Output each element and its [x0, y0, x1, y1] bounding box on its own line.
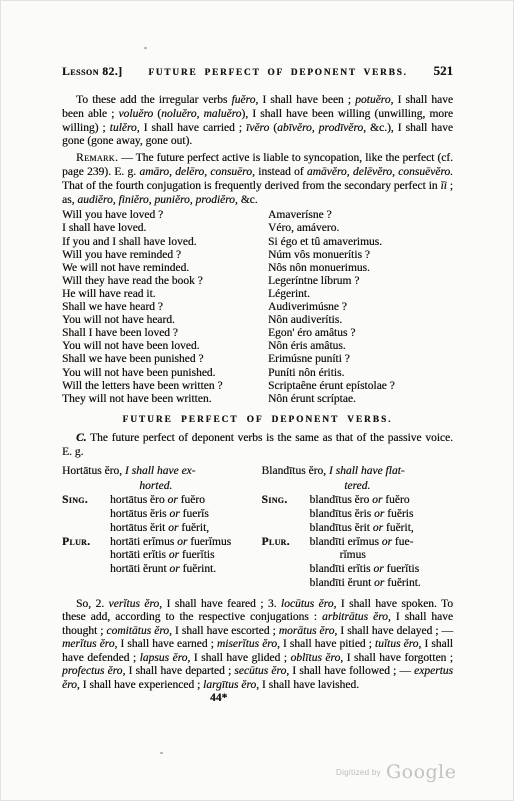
- paradigm-row: Sing. hortātus ĕro or fuĕro: [62, 494, 250, 508]
- verb-forms: hortāti erĭtis or fuerĭtis: [110, 549, 250, 563]
- paradigm-row: hortāti ĕrunt or fuĕrint.: [62, 563, 250, 577]
- drill-english: You will not have been loved.: [62, 340, 268, 353]
- number-label: Plur.: [62, 536, 110, 550]
- drill-english: Will you have reminded ?: [62, 249, 268, 262]
- drill-row: Shall we have been punished ? Erimúsne p…: [62, 353, 453, 366]
- scan-speck: [160, 752, 163, 754]
- drill-latin: Nôn érunt scríptae.: [268, 393, 453, 406]
- drill-latin: Véro, amávero.: [268, 222, 453, 235]
- drill-latin: Egon' éro amâtus ?: [268, 327, 453, 340]
- running-head: Lesson 82.] FUTURE PERFECT OF DEPONENT V…: [62, 64, 453, 80]
- number-label: [62, 508, 110, 522]
- drill-english: You will not have heard.: [62, 314, 268, 327]
- page-content: Lesson 82.] FUTURE PERFECT OF DEPONENT V…: [62, 64, 453, 705]
- paragraph-irregular-verbs: To these add the irregular verbs fuĕro, …: [62, 94, 453, 149]
- google-logo: Google: [386, 761, 457, 783]
- paradigm-column-blanditus: Blandītus ĕro, I shall have flat- tered.…: [258, 464, 454, 590]
- number-label: Sing.: [62, 494, 110, 508]
- paradigm-header-line: Blandītus ĕro, I shall have flat-: [262, 464, 454, 478]
- paradigm-row: hortāti erĭtis or fuerĭtis: [62, 549, 250, 563]
- verb-forms: blandītus ĕrit or fuĕrit,: [310, 522, 454, 536]
- drill-latin: Nôn éris amâtus.: [268, 340, 453, 353]
- number-label: [262, 549, 310, 563]
- verb-forms: hortāti ĕrunt or fuĕrint.: [110, 563, 250, 577]
- drill-row: Will the letters have been written ? Scr…: [62, 380, 453, 393]
- drill-latin: Nôn audiverítis.: [268, 314, 453, 327]
- paradigm-row: blandītus ĕris or fuĕris: [262, 508, 454, 522]
- digitized-by-google-watermark: Digitized by Google: [336, 761, 457, 783]
- drill-row: Shall we have heard ? Audiverimúsne ?: [62, 301, 453, 314]
- verb-forms: blandīti erĭmus or fue-: [310, 536, 454, 550]
- lesson-number: Lesson 82.]: [62, 65, 122, 79]
- drill-latin: Núm vôs monuerítis ?: [268, 249, 453, 262]
- drill-english: Shall we have been punished ?: [62, 353, 268, 366]
- verb-forms: hortātus ĕrit or fuĕrit,: [110, 522, 250, 536]
- drill-english: Shall we have heard ?: [62, 301, 268, 314]
- verb-forms: blandītus ĕro or fuĕro: [310, 494, 454, 508]
- drill-latin: Nôs nôn monuerimus.: [268, 262, 453, 275]
- verb-forms: blandīti ĕrunt or fuĕrint.: [310, 577, 454, 591]
- drill-english: Shall I have been loved ?: [62, 327, 268, 340]
- number-label: [262, 577, 310, 591]
- running-title: FUTURE PERFECT OF DEPONENT VERBS.: [148, 66, 407, 80]
- paradigm-row: blandīti ĕrunt or fuĕrint.: [262, 577, 454, 591]
- paradigm-header-line: tered.: [262, 479, 454, 493]
- drill-english: I shall have loved.: [62, 222, 268, 235]
- drill-latin: Audiverimúsne ?: [268, 301, 453, 314]
- paradigm-row: hortātus ĕrit or fuĕrit,: [62, 522, 250, 536]
- paragraph-c: C. The future perfect of deponent verbs …: [62, 432, 453, 460]
- drill-row: They will not have been written. Nôn éru…: [62, 393, 453, 406]
- drill-english: We will not have reminded.: [62, 262, 268, 275]
- paragraph-remark: Remark. — The future perfect active is l…: [62, 152, 453, 207]
- number-label: [262, 508, 310, 522]
- drill-latin: Legeríntne líbrum ?: [268, 275, 453, 288]
- drill-row: He will have read it. Légerint.: [62, 288, 453, 301]
- drill-english: If you and I shall have loved.: [62, 236, 268, 249]
- paradigm-table: Hortātus ĕro, I shall have ex- horted. S…: [62, 464, 453, 590]
- paradigm-row: Plur. hortāti erĭmus or fuerĭmus: [62, 536, 250, 550]
- paradigm-column-hortatus: Hortātus ĕro, I shall have ex- horted. S…: [62, 464, 258, 590]
- paradigm-row: Plur. blandīti erĭmus or fue-: [262, 536, 454, 550]
- drill-row: Shall I have been loved ? Egon' éro amât…: [62, 327, 453, 340]
- paradigm-row: Sing. blandītus ĕro or fuĕro: [262, 494, 454, 508]
- drill-row: I shall have loved. Véro, amávero.: [62, 222, 453, 235]
- drill-latin: Légerint.: [268, 288, 453, 301]
- drill-latin: Scriptaêne érunt epístolae ?: [268, 380, 453, 393]
- drill-latin: Puníti nôn éritis.: [268, 367, 453, 380]
- section-heading: FUTURE PERFECT OF DEPONENT VERBS.: [62, 414, 453, 427]
- paradigm-row: rĭmus: [262, 549, 454, 563]
- verb-forms: blandītus ĕris or fuĕris: [310, 508, 454, 522]
- book-page-scan: Lesson 82.] FUTURE PERFECT OF DEPONENT V…: [0, 0, 514, 801]
- verb-forms: hortātus ĕris or fuerĭs: [110, 508, 250, 522]
- verb-forms: hortāti erĭmus or fuerĭmus: [110, 536, 250, 550]
- drill-english: Will the letters have been written ?: [62, 380, 268, 393]
- drill-latin: Erimúsne puníti ?: [268, 353, 453, 366]
- drill-row: Will you have loved ? Amaverísne ?: [62, 209, 453, 222]
- drill-english: Will they have read the book ?: [62, 275, 268, 288]
- number-label: [262, 563, 310, 577]
- drill-english: They will not have been written.: [62, 393, 268, 406]
- drill-latin: Si égo et tû amaverimus.: [268, 236, 453, 249]
- drill-row: You will not have heard. Nôn audiverítis…: [62, 314, 453, 327]
- paradigm-header: Hortātus ĕro, I shall have ex- horted.: [62, 464, 250, 493]
- drill-row: You will not have been loved. Nôn éris a…: [62, 340, 453, 353]
- drill-english: You will not have been punished.: [62, 367, 268, 380]
- drill-row: Will you have reminded ? Núm vôs monuerí…: [62, 249, 453, 262]
- number-label: [62, 522, 110, 536]
- paradigm-header-line: Hortātus ĕro, I shall have ex-: [62, 464, 250, 478]
- paradigm-row: hortātus ĕris or fuerĭs: [62, 508, 250, 522]
- drill-row: Will they have read the book ? Legeríntn…: [62, 275, 453, 288]
- drill-english: He will have read it.: [62, 288, 268, 301]
- drill-latin: Amaverísne ?: [268, 209, 453, 222]
- drill-list: Will you have loved ? Amaverísne ? I sha…: [62, 209, 453, 405]
- verb-forms: hortātus ĕro or fuĕro: [110, 494, 250, 508]
- scan-speck: [144, 47, 147, 49]
- paradigm-row: blandīti erĭtis or fuerĭtis: [262, 563, 454, 577]
- verb-forms: blandīti erĭtis or fuerĭtis: [310, 563, 454, 577]
- number-label: Sing.: [262, 494, 310, 508]
- drill-row: We will not have reminded. Nôs nôn monue…: [62, 262, 453, 275]
- paragraph-so-list: So, 2. verĭtus ĕro, I shall have feared …: [62, 598, 453, 693]
- drill-row: If you and I shall have loved. Si égo et…: [62, 236, 453, 249]
- paradigm-row: blandītus ĕrit or fuĕrit,: [262, 522, 454, 536]
- number-label: [62, 563, 110, 577]
- verb-forms: rĭmus: [310, 549, 454, 563]
- drill-row: You will not have been punished. Puníti …: [62, 367, 453, 380]
- paradigm-header-line: horted.: [62, 479, 250, 493]
- page-number: 521: [434, 64, 454, 78]
- number-label: [262, 522, 310, 536]
- drill-english: Will you have loved ?: [62, 209, 268, 222]
- number-label: Plur.: [262, 536, 310, 550]
- paradigm-header: Blandītus ĕro, I shall have flat- tered.: [262, 464, 454, 493]
- number-label: [62, 549, 110, 563]
- signature-mark: 44*: [62, 692, 453, 705]
- watermark-prefix: Digitized by: [336, 768, 381, 777]
